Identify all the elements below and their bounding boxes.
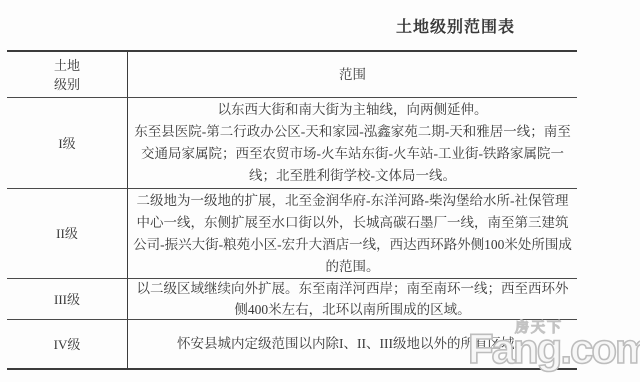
table-header-row: 土地 级别 范围 [7, 52, 577, 98]
header-grade-column: 土地 级别 [7, 52, 128, 97]
header-grade-line2: 级别 [54, 75, 80, 94]
grade-3-range: 以二级区域继续向外扩展。东至南洋河西岸；南至南环一线；西至西环外侧400米左右，… [128, 279, 577, 319]
table-row-grade-3: III级 以二级区域继续向外扩展。东至南洋河西岸；南至南环一线；西至西环外侧40… [7, 279, 577, 320]
table-row-grade-1: I级 以东西大街和南大街为主轴线，向两侧延伸。 东至县医院-第二行政办公区-天和… [7, 98, 577, 189]
grade-1-label: I级 [7, 98, 128, 188]
header-range-column: 范围 [128, 52, 577, 97]
grade-4-label: IV级 [7, 320, 128, 368]
header-range-label: 范围 [339, 64, 366, 86]
document-page: { "page": { "title": "土地级别范围表" }, "table… [0, 0, 640, 382]
grade-1-range-paragraph-2: 东至县医院-第二行政办公区-天和家园-泓鑫家苑二期-天和雅居一线；南至交通局家属… [131, 121, 574, 187]
land-grade-range-table: 土地 级别 范围 I级 以东西大街和南大街为主轴线，向两侧延伸。 东至县医院-第… [7, 50, 577, 370]
grade-2-label: II级 [7, 189, 128, 278]
grade-3-range-paragraph: 以二级区域继续向外扩展。东至南洋河西岸；南至南环一线；西至西环外侧400米左右，… [131, 278, 574, 320]
grade-1-range-paragraph-1: 以东西大街和南大街为主轴线，向两侧延伸。 [218, 99, 488, 121]
table-row-grade-4: IV级 怀安县城内定级范围以内除I、II、III级地以外的所有区域。 [7, 320, 577, 368]
grade-4-range: 怀安县城内定级范围以内除I、II、III级地以外的所有区域。 [128, 320, 577, 368]
table-row-grade-2: II级 二级地为一级地的扩展，北至金润华府-东洋河路-柴沟堡给水所-社保管理中心… [7, 189, 577, 279]
grade-3-label: III级 [7, 279, 128, 319]
grade-1-range: 以东西大街和南大街为主轴线，向两侧延伸。 东至县医院-第二行政办公区-天和家园-… [128, 98, 577, 188]
grade-4-range-paragraph: 怀安县城内定级范围以内除I、II、III级地以外的所有区域。 [177, 333, 528, 355]
header-grade-line1: 土地 [54, 56, 80, 75]
grade-2-range-paragraph: 二级地为一级地的扩展，北至金润华府-东洋河路-柴沟堡给水所-社保管理中心一线，东… [131, 190, 574, 278]
grade-2-range: 二级地为一级地的扩展，北至金润华府-东洋河路-柴沟堡给水所-社保管理中心一线，东… [128, 189, 577, 278]
page-title: 土地级别范围表 [396, 14, 515, 37]
